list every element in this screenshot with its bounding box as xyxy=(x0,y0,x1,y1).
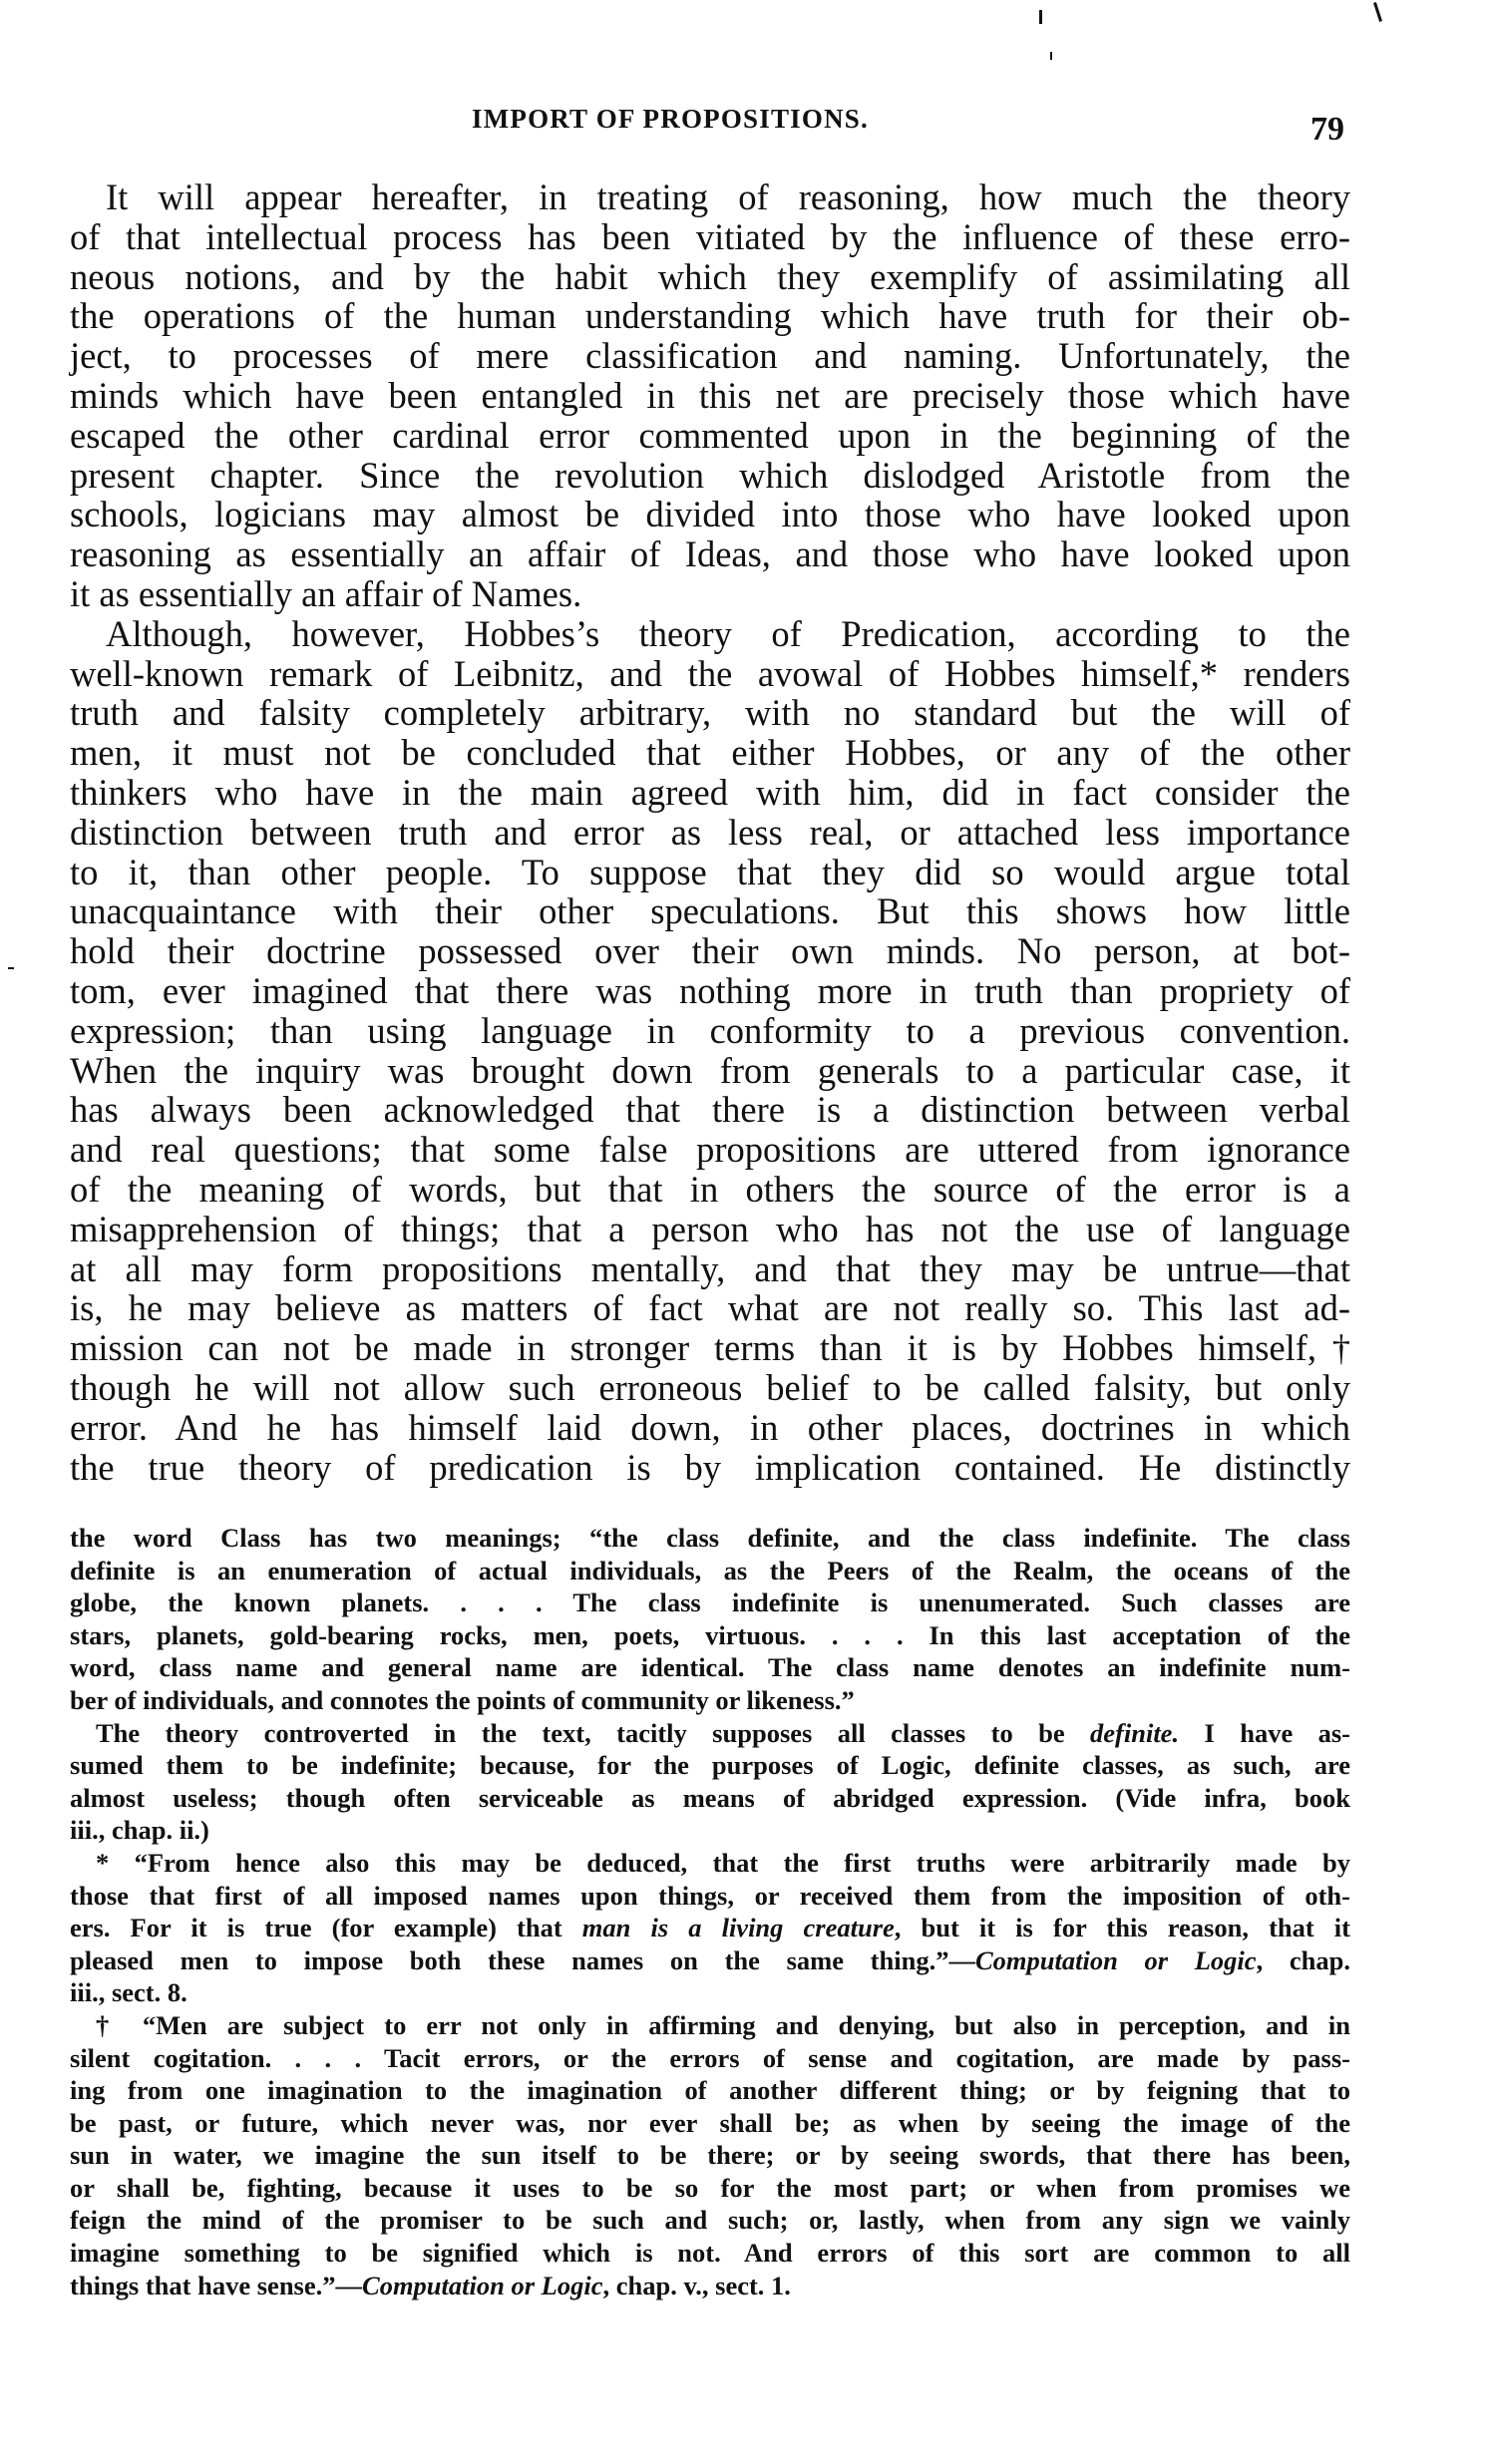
text-line: When the inquiry was brought down from g… xyxy=(70,1051,1350,1091)
scan-speck xyxy=(8,967,14,969)
footnote-line: iii., sect. 8. xyxy=(70,1976,1350,2009)
text-line: men, it must not be concluded that eithe… xyxy=(70,733,1350,773)
text-line: truth and falsity completely arbitrary, … xyxy=(70,693,1350,733)
footnote-line: stars, planets, gold-bearing rocks, men,… xyxy=(70,1619,1350,1652)
footnote-text: ers. For it is true (for example) that xyxy=(70,1913,582,1942)
scan-speck xyxy=(1373,2,1382,22)
book-page: IMPORT OF PROPOSITIONS. 79 It will appea… xyxy=(0,0,1490,2464)
page-number: 79 xyxy=(1310,112,1344,148)
footnote-line: ber of individuals, and connotes the poi… xyxy=(70,1684,1350,1717)
footnote-line: sumed them to be indefinite; because, fo… xyxy=(70,1749,1350,1782)
text-line: hold their doctrine possessed over their… xyxy=(70,931,1350,971)
footnote-text: pleased men to impose both these names o… xyxy=(70,1945,975,1975)
footnote-marker-dagger: † xyxy=(96,2010,123,2040)
text-line: schools, logicians may almost be divided… xyxy=(70,495,1350,534)
text-line: mission can not be made in stronger term… xyxy=(70,1328,1350,1368)
text-line: the operations of the human understandin… xyxy=(70,296,1350,336)
running-head: IMPORT OF PROPOSITIONS. xyxy=(472,102,950,136)
footnote-text: The theory controverted in the text, tac… xyxy=(96,1718,1090,1748)
footnote-line: things that have sense.”—Computation or … xyxy=(70,2270,1350,2302)
main-text: It will appear hereafter, in treating of… xyxy=(70,177,1350,1487)
text-line: though he will not allow such erroneous … xyxy=(70,1368,1350,1408)
text-line: the true theory of predication is by imp… xyxy=(70,1448,1350,1488)
footnote-text: , chap. v., sect. 1. xyxy=(603,2271,791,2300)
footnote-line: silent cogitation. . . . Tacit errors, o… xyxy=(70,2042,1350,2075)
footnote-line: almost useless; though often serviceable… xyxy=(70,1782,1350,1815)
footnote-line: feign the mind of the promiser to be suc… xyxy=(70,2204,1350,2237)
text-line: Although, however, Hobbes’s theory of Pr… xyxy=(70,614,1350,654)
footnote-text: , chap. xyxy=(1257,1945,1350,1975)
footnote-line: or shall be, fighting, because it uses t… xyxy=(70,2172,1350,2205)
footnote-line: word, class name and general name are id… xyxy=(70,1651,1350,1684)
text-line: thinkers who have in the main agreed wit… xyxy=(70,773,1350,813)
text-line: It will appear hereafter, in treating of… xyxy=(70,177,1350,217)
footnote-text: I have as- xyxy=(1179,1718,1350,1748)
footnote-line: the word Class has two meanings; “the cl… xyxy=(70,1522,1350,1555)
footnote-line: pleased men to impose both these names o… xyxy=(70,1944,1350,1977)
text-line: of that intellectual process has been vi… xyxy=(70,217,1350,257)
text-line: to it, than other people. To suppose tha… xyxy=(70,853,1350,892)
text-line: and real questions; that some false prop… xyxy=(70,1130,1350,1170)
footnote-line: ing from one imagination to the imaginat… xyxy=(70,2074,1350,2107)
text-line: unacquaintance with their other speculat… xyxy=(70,891,1350,931)
footnote-line: * “From hence also this may be deduced, … xyxy=(70,1847,1350,1880)
footnote-text: things that have sense.”— xyxy=(70,2271,362,2300)
text-line: at all may form propositions mentally, a… xyxy=(70,1249,1350,1289)
footnote-text: , but it is for this reason, that it xyxy=(895,1913,1350,1942)
text-line: has always been acknowledged that there … xyxy=(70,1090,1350,1130)
footnote-text: “From hence also this may be deduced, th… xyxy=(135,1848,1350,1878)
footnote-citation: Computation or Logic xyxy=(362,2271,602,2300)
footnote-line: be past, or future, which never was, nor… xyxy=(70,2107,1350,2140)
footnote-marker-asterisk: * xyxy=(96,1848,109,1878)
text-line: neous notions, and by the habit which th… xyxy=(70,257,1350,297)
footnotes: the word Class has two meanings; “the cl… xyxy=(70,1522,1350,2301)
text-line: of the meaning of words, but that in oth… xyxy=(70,1170,1350,1210)
footnote-italic: man is a living creature xyxy=(582,1913,895,1942)
scan-speck xyxy=(1050,52,1052,60)
text-line: well-known remark of Leibnitz, and the a… xyxy=(70,654,1350,694)
text-line: tom, ever imagined that there was nothin… xyxy=(70,971,1350,1011)
text-line: reasoning as essentially an affair of Id… xyxy=(70,534,1350,574)
text-line: present chapter. Since the revolution wh… xyxy=(70,456,1350,496)
footnote-line: definite is an enumeration of actual ind… xyxy=(70,1555,1350,1587)
scan-speck xyxy=(1039,10,1042,24)
text-line: escaped the other cardinal error comment… xyxy=(70,416,1350,456)
footnote-citation: Computation or Logic xyxy=(975,1945,1257,1975)
text-line: minds which have been entangled in this … xyxy=(70,376,1350,416)
footnote-text: “Men are subject to err not only in affi… xyxy=(143,2010,1350,2040)
footnote-line: iii., chap. ii.) xyxy=(70,1814,1350,1847)
footnote-line: ers. For it is true (for example) that m… xyxy=(70,1912,1350,1944)
footnote-italic: definite. xyxy=(1090,1718,1179,1748)
footnote-line: The theory controverted in the text, tac… xyxy=(70,1717,1350,1750)
text-line: distinction between truth and error as l… xyxy=(70,813,1350,853)
text-line: ject, to processes of mere classificatio… xyxy=(70,336,1350,376)
text-line: it as essentially an affair of Names. xyxy=(70,574,1350,614)
text-line: is, he may believe as matters of fact wh… xyxy=(70,1288,1350,1328)
text-line: expression; than using language in confo… xyxy=(70,1011,1350,1051)
footnote-line: globe, the known planets. . . . The clas… xyxy=(70,1586,1350,1619)
footnote-line: those that first of all imposed names up… xyxy=(70,1880,1350,1913)
footnote-line: imagine something to be signified which … xyxy=(70,2237,1350,2270)
footnote-line: sun in water, we imagine the sun itself … xyxy=(70,2139,1350,2172)
text-line: error. And he has himself laid down, in … xyxy=(70,1408,1350,1448)
text-line: misapprehension of things; that a person… xyxy=(70,1210,1350,1249)
footnote-line: † “Men are subject to err not only in af… xyxy=(70,2009,1350,2042)
